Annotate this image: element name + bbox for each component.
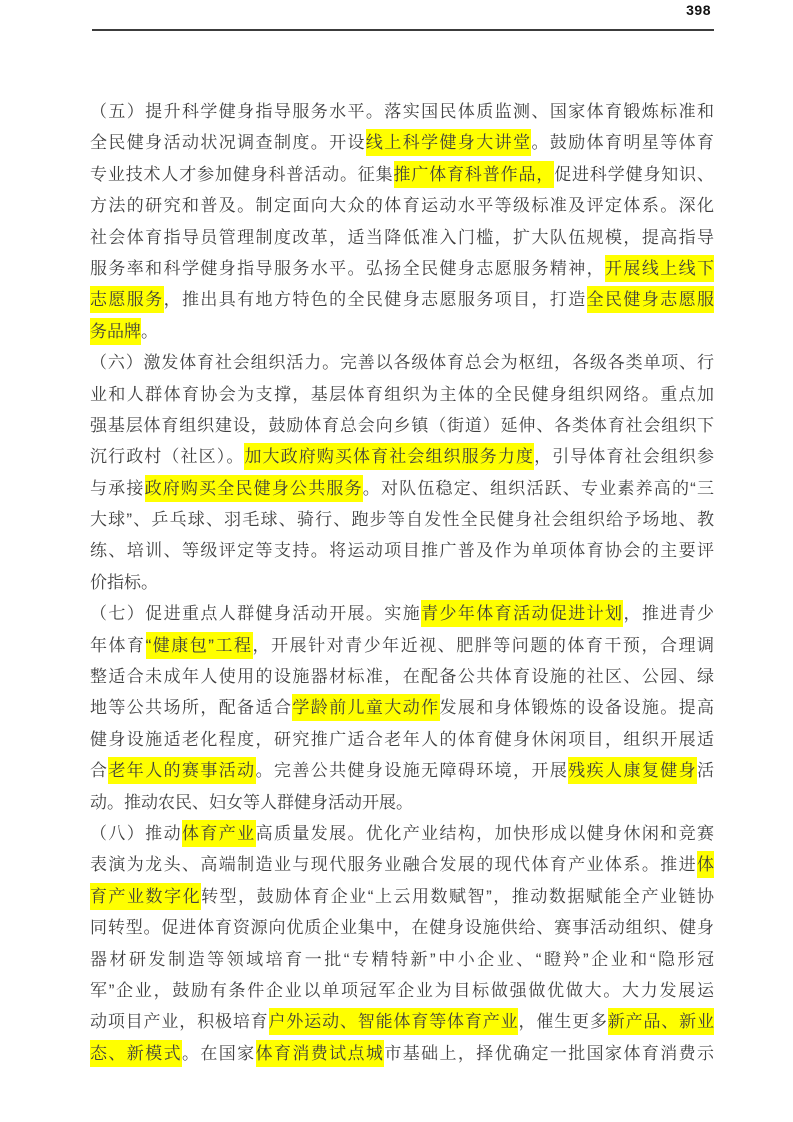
text-run: ，推出具有地方特色的全民健身志愿服务项目，打造 <box>164 290 587 309</box>
highlighted-text: 残疾人康复健身 <box>568 757 697 784</box>
highlighted-text: 加大政府购买体育社会组织服务力度 <box>244 443 534 470</box>
text-run: 高质量发展。优化产业结构，加快形成以健身休闲和竞赛 <box>256 824 714 843</box>
text-run: 动。推动农民、妇女等人群健身活动开展。 <box>90 793 413 812</box>
highlighted-text: 育产业数字化 <box>90 883 201 910</box>
text-run: 。对队伍稳定、组织活跃、专业素养高的“三 <box>363 479 714 498</box>
text-line: 地等公共场所，配备适合学龄前儿童大动作发展和身体锻炼的设备设施。提高 <box>90 692 714 723</box>
highlighted-text: 体 <box>697 851 714 878</box>
highlighted-text: 学龄前儿童大动作 <box>292 694 439 721</box>
text-run: 转型，鼓励体育企业“上云用数赋智”，推动数据赋能全产业链协 <box>201 887 714 906</box>
text-line: 年体育“健康包”工程，开展针对青少年近视、肥胖等问题的体育干预，合理调 <box>90 630 714 661</box>
text-line: （五）提升科学健身指导服务水平。落实国民体质监测、国家体育锻炼标准和 <box>90 96 714 127</box>
text-run: 同转型。促进体育资源向优质企业集中，在健身设施供给、赛事活动组织、健身 <box>90 918 714 937</box>
text-run: 器材研发制造等领域培育一批“专精特新”中小企业、“瞪羚”企业和“隐形冠 <box>90 950 714 969</box>
highlighted-text: 务品牌 <box>90 318 141 345</box>
text-run: 业和人群体育协会为支撑，基层体育组织为主体的全民健身组织网络。重点加 <box>90 385 714 404</box>
text-run: 军”企业，鼓励有条件企业以单项冠军企业为目标做强做优做大。大力发展运 <box>90 981 714 1000</box>
text-run: 服务率和科学健身指导服务水平。弘扬全民健身志愿服务精神， <box>90 259 605 278</box>
text-line: 与承接政府购买全民健身公共服务。对队伍稳定、组织活跃、专业素养高的“三 <box>90 473 714 504</box>
text-run: 合 <box>90 761 108 780</box>
text-line: 动。推动农民、妇女等人群健身活动开展。 <box>90 787 714 818</box>
highlighted-text: 线上科学健身大讲堂 <box>366 129 532 156</box>
text-line: 强基层体育组织建设，鼓励体育总会向乡镇（街道）延伸、各类体育社会组织下 <box>90 410 714 441</box>
text-run: （七）促进重点人群健身活动开展。实施 <box>90 604 421 623</box>
document-page: 398 （五）提升科学健身指导服务水平。落实国民体质监测、国家体育锻炼标准和全民… <box>0 0 793 1122</box>
text-run: 价指标。 <box>90 573 158 592</box>
text-run: ，推进青少 <box>623 604 714 623</box>
text-run: 全民健身活动状况调查制度。开设 <box>90 133 366 152</box>
text-run: 。完善公共健身设施无障碍环境，开展 <box>256 761 569 780</box>
highlighted-text: 体育产业 <box>182 820 256 847</box>
text-line: 社会体育指导员管理制度改革，适当降低准入门槛，扩大队伍规模，提高指导 <box>90 222 714 253</box>
highlighted-text: “健康包”工程 <box>146 632 253 659</box>
text-run: 健身设施适老化程度，研究推广适合老年人的体育健身休闲项目，组织开展适 <box>90 730 714 749</box>
text-run: ，开展针对青少年近视、肥胖等问题的体育干预，合理调 <box>253 636 714 655</box>
text-line: 大球”、乒乓球、羽毛球、骑行、跑步等自发性全民健身社会组织给予场地、教 <box>90 504 714 535</box>
text-run: ，引导体育社会组织参 <box>534 447 714 466</box>
text-line: （八）推动体育产业高质量发展。优化产业结构，加快形成以健身休闲和竞赛 <box>90 818 714 849</box>
text-run: （五）提升科学健身指导服务水平。落实国民体质监测、国家体育锻炼标准和 <box>90 102 714 121</box>
text-run: 促进科学健身知识、 <box>554 165 714 184</box>
text-line: 合老年人的赛事活动。完善公共健身设施无障碍环境，开展残疾人康复健身活 <box>90 755 714 786</box>
highlighted-text: 志愿服务 <box>90 286 164 313</box>
text-line: 器材研发制造等领域培育一批“专精特新”中小企业、“瞪羚”企业和“隐形冠 <box>90 944 714 975</box>
text-line: （六）激发体育社会组织活力。完善以各级体育总会为枢纽，各级各类单项、行 <box>90 347 714 378</box>
highlighted-text: 新产品、新业 <box>608 1008 714 1035</box>
text-line: 动项目产业，积极培育户外运动、智能体育等体育产业，催生更多新产品、新业 <box>90 1006 714 1037</box>
text-run: 与承接 <box>90 479 145 498</box>
text-run: 。鼓励体育明星等体育 <box>531 133 714 152</box>
text-run: 地等公共场所，配备适合 <box>90 698 292 717</box>
highlighted-text: 户外运动、智能体育等体育产业 <box>269 1008 519 1035</box>
text-run: 专业技术人才参加健身科普活动。征集 <box>90 165 394 184</box>
highlighted-text: 政府购买全民健身公共服务 <box>145 475 363 502</box>
text-run: 练、培训、等级评定等支持。将运动项目推广普及作为单项体育协会的主要评 <box>90 541 714 560</box>
text-line: 表演为龙头、高端制造业与现代服务业融合发展的现代体育产业体系。推进体 <box>90 849 714 880</box>
text-line: 沉行政村（社区）。加大政府购买体育社会组织服务力度，引导体育社会组织参 <box>90 441 714 472</box>
text-line: 志愿服务，推出具有地方特色的全民健身志愿服务项目，打造全民健身志愿服 <box>90 284 714 315</box>
text-line: 方法的研究和普及。制定面向大众的体育运动水平等级标准及评定体系。深化 <box>90 190 714 221</box>
text-run: （六）激发体育社会组织活力。完善以各级体育总会为枢纽，各级各类单项、行 <box>90 353 714 372</box>
text-run: 社会体育指导员管理制度改革，适当降低准入门槛，扩大队伍规模，提高指导 <box>90 228 714 247</box>
text-line: 态、新模式。在国家体育消费试点城市基础上，择优确定一批国家体育消费示 <box>90 1038 714 1069</box>
page-number: 398 <box>686 2 711 18</box>
text-run: 方法的研究和普及。制定面向大众的体育运动水平等级标准及评定体系。深化 <box>90 196 714 215</box>
text-run: （八）推动 <box>90 824 182 843</box>
text-line: 军”企业，鼓励有条件企业以单项冠军企业为目标做强做优做大。大力发展运 <box>90 975 714 1006</box>
text-line: 育产业数字化转型，鼓励体育企业“上云用数赋智”，推动数据赋能全产业链协 <box>90 881 714 912</box>
text-line: 全民健身活动状况调查制度。开设线上科学健身大讲堂。鼓励体育明星等体育 <box>90 127 714 158</box>
text-line: 价指标。 <box>90 567 714 598</box>
header-rule <box>92 29 714 31</box>
text-run: 表演为龙头、高端制造业与现代服务业融合发展的现代体育产业体系。推进 <box>90 855 697 874</box>
text-run: 动项目产业，积极培育 <box>90 1012 269 1031</box>
highlighted-text: 体育消费试点城 <box>256 1040 385 1067</box>
text-line: 健身设施适老化程度，研究推广适合老年人的体育健身休闲项目，组织开展适 <box>90 724 714 755</box>
text-line: 整适合未成年人使用的设施器材标准，在配备公共体育设施的社区、公园、绿 <box>90 661 714 692</box>
highlighted-text: 开展线上线下 <box>605 255 714 282</box>
text-line: 同转型。促进体育资源向优质企业集中，在健身设施供给、赛事活动组织、健身 <box>90 912 714 943</box>
text-line: （七）促进重点人群健身活动开展。实施青少年体育活动促进计划，推进青少 <box>90 598 714 629</box>
highlighted-text: 青少年体育活动促进计划 <box>421 600 623 627</box>
highlighted-text: 推广体育科普作品， <box>394 161 555 188</box>
text-run: 年体育 <box>90 636 146 655</box>
text-run: 。在国家 <box>182 1044 256 1063</box>
text-run: 大球”、乒乓球、羽毛球、骑行、跑步等自发性全民健身社会组织给予场地、教 <box>90 510 714 529</box>
text-run: 活 <box>697 761 714 780</box>
text-run: 。 <box>141 322 158 341</box>
highlighted-text: 老年人的赛事活动 <box>108 757 255 784</box>
text-line: 业和人群体育协会为支撑，基层体育组织为主体的全民健身组织网络。重点加 <box>90 379 714 410</box>
text-line: 务品牌。 <box>90 316 714 347</box>
text-run: 强基层体育组织建设，鼓励体育总会向乡镇（街道）延伸、各类体育社会组织下 <box>90 416 714 435</box>
document-body: （五）提升科学健身指导服务水平。落实国民体质监测、国家体育锻炼标准和全民健身活动… <box>90 96 714 1069</box>
highlighted-text: 全民健身志愿服 <box>587 286 714 313</box>
text-line: 专业技术人才参加健身科普活动。征集推广体育科普作品，促进科学健身知识、 <box>90 159 714 190</box>
text-run: 沉行政村（社区）。 <box>90 447 244 466</box>
text-run: ，催生更多 <box>518 1012 607 1031</box>
text-run: 发展和身体锻炼的设备设施。提高 <box>440 698 715 717</box>
text-run: 整适合未成年人使用的设施器材标准，在配备公共体育设施的社区、公园、绿 <box>90 667 714 686</box>
text-line: 练、培训、等级评定等支持。将运动项目推广普及作为单项体育协会的主要评 <box>90 535 714 566</box>
text-run: 市基础上，择优确定一批国家体育消费示 <box>384 1044 714 1063</box>
highlighted-text: 态、新模式 <box>90 1040 182 1067</box>
text-line: 服务率和科学健身指导服务水平。弘扬全民健身志愿服务精神，开展线上线下 <box>90 253 714 284</box>
